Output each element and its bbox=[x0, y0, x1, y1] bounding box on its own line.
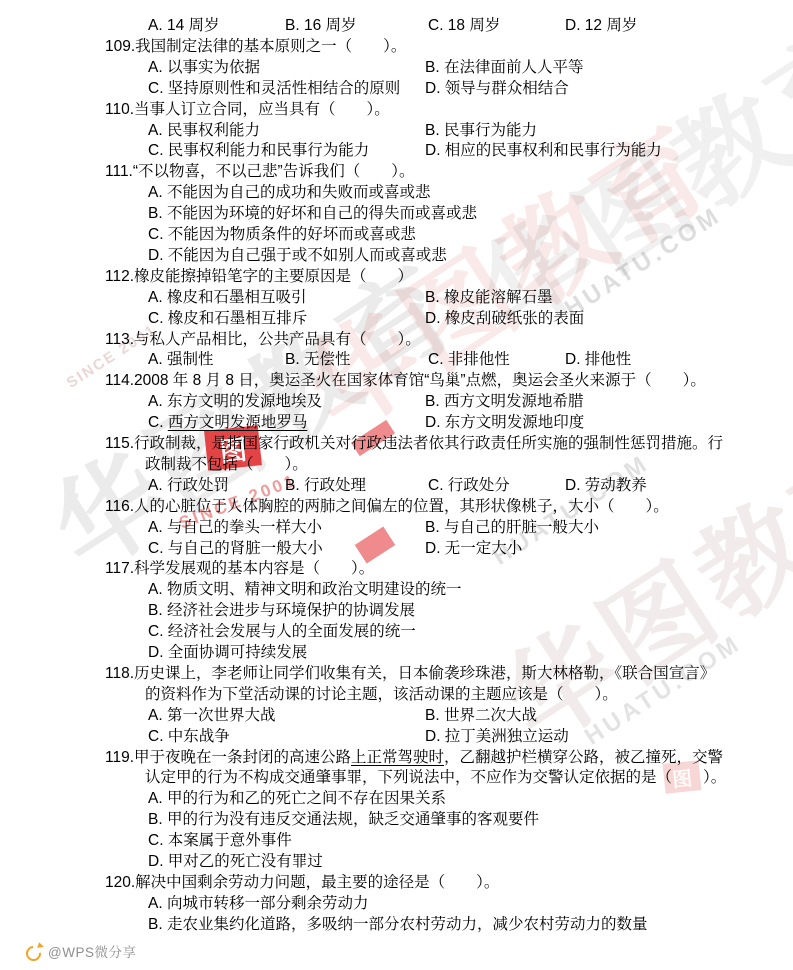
answer-option: D. 领导与群众相结合 bbox=[425, 79, 569, 100]
document-row: A. 以事实为依据B. 在法律面前人人平等 bbox=[105, 58, 793, 79]
exam-document-page: 华图教育 华图教育 华图教育 华图教育 HUATU.COM HUATU.COM … bbox=[0, 0, 793, 970]
answer-option: C. 18 周岁 bbox=[428, 16, 500, 37]
question-line: 116.人的心脏位于人体胸腔的两肺之间偏左的位置，其形状像桃子，大小（ ）。 bbox=[105, 497, 669, 518]
text-segment: 111.“不以物喜，不以己悲”告诉我们（ ）。 bbox=[105, 163, 414, 180]
answer-option: C. 坚持原则性和灵活性相结合的原则 bbox=[148, 79, 400, 100]
text-segment: C. 行政处分 bbox=[428, 477, 510, 494]
answer-option: C. 非排他性 bbox=[428, 350, 510, 371]
answer-option: C. 民事权利能力和民事行为能力 bbox=[148, 141, 369, 162]
text-segment: D. 东方文明发源地印度 bbox=[425, 414, 584, 431]
text-segment: B. 橡皮能溶解石墨 bbox=[425, 289, 552, 306]
answer-option: B. 世界二次大战 bbox=[425, 706, 537, 727]
answer-option: A. 以事实为依据 bbox=[148, 58, 260, 79]
text-segment: A. 强制性 bbox=[148, 351, 213, 368]
text-segment: B. 经济社会进步与环境保护的协调发展 bbox=[148, 602, 415, 619]
document-row: B. 经济社会进步与环境保护的协调发展 bbox=[105, 601, 793, 622]
document-row: 119.甲于夜晚在一条封闭的高速公路上正常驾驶时，乙翻越护栏横穿公路，被乙撞死，… bbox=[105, 748, 793, 769]
document-row: A. 不能因为自己的成功和失败而或喜或悲 bbox=[105, 183, 793, 204]
text-segment: B. 民事行为能力 bbox=[425, 122, 537, 139]
text-segment: 118.历史课上，李老师让同学们收集有关，日本偷袭珍珠港，斯大林格勒，《联合国宣… bbox=[105, 665, 715, 682]
answer-option: B. 16 周岁 bbox=[285, 16, 357, 37]
document-row: 117.科学发展观的基本内容是（ ）。 bbox=[105, 559, 793, 580]
document-row: C. 本案属于意外事件 bbox=[105, 831, 793, 852]
text-segment: 120.解决中国剩余劳动力问题，最主要的途径是（ ）。 bbox=[105, 874, 499, 891]
text-segment: B. 世界二次大战 bbox=[425, 707, 537, 724]
text-segment: D. 拉丁美洲独立运动 bbox=[425, 728, 569, 745]
text-segment: C. 中东战争 bbox=[148, 728, 230, 745]
answer-option: D. 全面协调可持续发展 bbox=[148, 643, 307, 664]
question-line-continued: 的资料作为下堂活动课的讨论主题，该活动课的主题应该是（ ）。 bbox=[145, 685, 618, 706]
question-line-continued: 政制裁不包括（ ）。 bbox=[145, 455, 308, 476]
document-row: C. 橡皮和石墨相互排斥D. 橡皮刮破纸张的表面 bbox=[105, 309, 793, 330]
text-segment: C. 与自己的肾脏一般大小 bbox=[148, 540, 323, 557]
text-segment: B. 16 周岁 bbox=[285, 17, 357, 34]
text-segment: 116.人的心脏位于人体胸腔的两肺之间偏左的位置，其形状像桃子，大小（ ）。 bbox=[105, 498, 669, 515]
underlined-text-segment: 上正常驾驶时 bbox=[351, 749, 444, 766]
answer-option: A. 橡皮和石墨相互吸引 bbox=[148, 288, 306, 309]
document-row: 的资料作为下堂活动课的讨论主题，该活动课的主题应该是（ ）。 bbox=[105, 685, 793, 706]
text-segment: B. 西方文明发源地希腊 bbox=[425, 393, 583, 410]
document-row: 112.橡皮能擦掉铅笔字的主要原因是（ ） bbox=[105, 267, 793, 288]
question-line: 119.甲于夜晚在一条封闭的高速公路上正常驾驶时，乙翻越护栏横穿公路，被乙撞死，… bbox=[105, 748, 723, 769]
answer-option: B. 行政处理 bbox=[285, 476, 366, 497]
text-segment: A. 以事实为依据 bbox=[148, 59, 260, 76]
text-segment: C. 经济社会发展与人的全面发展的统一 bbox=[148, 623, 416, 640]
text-segment: A. 第一次世界大战 bbox=[148, 707, 275, 724]
document-row: D. 全面协调可持续发展 bbox=[105, 643, 793, 664]
text-segment: B. 与自己的肝脏一般大小 bbox=[425, 519, 599, 536]
answer-option: A. 强制性 bbox=[148, 350, 213, 371]
question-text-block: A. 14 周岁B. 16 周岁C. 18 周岁D. 12 周岁109.我国制定… bbox=[105, 0, 793, 970]
text-segment: D. 橡皮刮破纸张的表面 bbox=[425, 310, 584, 327]
text-segment: D. 领导与群众相结合 bbox=[425, 80, 569, 97]
wps-share-label: @WPS微分享 bbox=[48, 941, 136, 961]
answer-option: A. 行政处罚 bbox=[148, 476, 229, 497]
text-segment: A. 东方文明的发源地埃及 bbox=[148, 393, 322, 410]
answer-option: C. 行政处分 bbox=[428, 476, 510, 497]
text-segment: D. 相应的民事权利和民事行为能力 bbox=[425, 142, 662, 159]
text-segment: C. bbox=[148, 414, 168, 431]
answer-option: B. 民事行为能力 bbox=[425, 121, 537, 142]
question-line: 114.2008 年 8 月 8 日，奥运圣火在国家体育馆“鸟巢”点燃，奥运会圣… bbox=[105, 371, 706, 392]
text-segment: C. 本案属于意外事件 bbox=[148, 832, 292, 849]
text-segment: 114.2008 年 8 月 8 日，奥运圣火在国家体育馆“鸟巢”点燃，奥运会圣… bbox=[105, 372, 706, 389]
answer-option: C. 本案属于意外事件 bbox=[148, 831, 292, 852]
document-row: A. 行政处罚B. 行政处理C. 行政处分D. 劳动教养 bbox=[105, 476, 793, 497]
text-segment: 115.行政制裁，是指国家行政机关对行政违法者依其行政责任所实施的强制性惩罚措施… bbox=[105, 435, 723, 452]
answer-option: D. 甲对乙的死亡没有罪过 bbox=[148, 852, 323, 873]
document-row: D. 甲对乙的死亡没有罪过 bbox=[105, 852, 793, 873]
answer-option: B. 走农业集约化道路，多吸纳一部分农村劳动力，减少农村劳动力的数量 bbox=[148, 915, 647, 936]
answer-option: A. 与自己的拳头一样大小 bbox=[148, 518, 322, 539]
answer-option: D. 相应的民事权利和民事行为能力 bbox=[425, 141, 662, 162]
text-segment: A. 物质文明、精神文明和政治文明建设的统一 bbox=[148, 581, 461, 598]
document-row: A. 向城市转移一部分剩余劳动力 bbox=[105, 894, 793, 915]
document-row: A. 强制性B. 无偿性C. 非排他性D. 排他性 bbox=[105, 350, 793, 371]
text-segment: 119.甲于夜晚在一条封闭的高速公路 bbox=[105, 749, 351, 766]
text-segment: B. 不能因为环境的好坏和自己的得失而或喜或悲 bbox=[148, 205, 477, 222]
text-segment: D. 无一定大小 bbox=[425, 540, 522, 557]
document-row: 110.当事人订立合同，应当具有（ ）。 bbox=[105, 100, 793, 121]
text-segment: B. 走农业集约化道路，多吸纳一部分农村劳动力，减少农村劳动力的数量 bbox=[148, 916, 647, 933]
text-segment: 政制裁不包括（ ）。 bbox=[145, 456, 308, 473]
document-row: A. 东方文明的发源地埃及B. 西方文明发源地希腊 bbox=[105, 392, 793, 413]
text-segment: 112.橡皮能擦掉铅笔字的主要原因是（ ） bbox=[105, 268, 413, 285]
document-row: A. 橡皮和石墨相互吸引B. 橡皮能溶解石墨 bbox=[105, 288, 793, 309]
text-segment: A. 向城市转移一部分剩余劳动力 bbox=[148, 895, 368, 912]
document-row: 118.历史课上，李老师让同学们收集有关，日本偷袭珍珠港，斯大林格勒，《联合国宣… bbox=[105, 664, 793, 685]
question-line: 110.当事人订立合同，应当具有（ ）。 bbox=[105, 100, 390, 121]
answer-option: A. 东方文明的发源地埃及 bbox=[148, 392, 322, 413]
answer-option: B. 无偿性 bbox=[285, 350, 350, 371]
answer-option: A. 物质文明、精神文明和政治文明建设的统一 bbox=[148, 580, 461, 601]
text-segment: D. 不能因为自己强于或不如别人而或喜或悲 bbox=[148, 247, 447, 264]
text-segment: A. 14 周岁 bbox=[148, 17, 220, 34]
wps-logo-icon bbox=[26, 943, 43, 960]
document-row: B. 甲的行为没有违反交通法规，缺乏交通肇事的客观要件 bbox=[105, 810, 793, 831]
document-row: D. 不能因为自己强于或不如别人而或喜或悲 bbox=[105, 246, 793, 267]
question-line: 115.行政制裁，是指国家行政机关对行政违法者依其行政责任所实施的强制性惩罚措施… bbox=[105, 434, 723, 455]
answer-option: D. 拉丁美洲独立运动 bbox=[425, 727, 569, 748]
answer-option: C. 橡皮和石墨相互排斥 bbox=[148, 309, 307, 330]
question-line: 111.“不以物喜，不以己悲”告诉我们（ ）。 bbox=[105, 162, 414, 183]
document-row: A. 民事权利能力B. 民事行为能力 bbox=[105, 121, 793, 142]
text-segment: C. 18 周岁 bbox=[428, 17, 500, 34]
text-segment: D. 劳动教养 bbox=[565, 477, 647, 494]
text-segment: B. 无偿性 bbox=[285, 351, 350, 368]
answer-option: D. 劳动教养 bbox=[565, 476, 647, 497]
text-segment: 的资料作为下堂活动课的讨论主题，该活动课的主题应该是（ ）。 bbox=[145, 686, 618, 703]
question-line: 113.与私人产品相比，公共产品具有（ ）。 bbox=[105, 330, 421, 351]
text-segment: A. 橡皮和石墨相互吸引 bbox=[148, 289, 306, 306]
text-segment: 110.当事人订立合同，应当具有（ ）。 bbox=[105, 101, 390, 118]
text-segment: D. 甲对乙的死亡没有罪过 bbox=[148, 853, 323, 870]
text-segment: C. 不能因为物质条件的好坏而或喜或悲 bbox=[148, 226, 416, 243]
wps-share-badge[interactable]: @WPS微分享 bbox=[26, 941, 136, 961]
question-line: 120.解决中国剩余劳动力问题，最主要的途径是（ ）。 bbox=[105, 873, 499, 894]
text-segment: C. 坚持原则性和灵活性相结合的原则 bbox=[148, 80, 400, 97]
answer-option: D. 排他性 bbox=[565, 350, 631, 371]
answer-option: C. 与自己的肾脏一般大小 bbox=[148, 539, 323, 560]
question-line: 118.历史课上，李老师让同学们收集有关，日本偷袭珍珠港，斯大林格勒，《联合国宣… bbox=[105, 664, 715, 685]
question-line: 109.我国制定法律的基本原则之一（ ）。 bbox=[105, 37, 406, 58]
text-segment: D. 全面协调可持续发展 bbox=[148, 644, 307, 661]
text-segment: B. 在法律面前人人平等 bbox=[425, 59, 583, 76]
answer-option: B. 橡皮能溶解石墨 bbox=[425, 288, 552, 309]
document-row: 政制裁不包括（ ）。 bbox=[105, 455, 793, 476]
text-segment: A. 甲的行为和乙的死亡之间不存在因果关系 bbox=[148, 790, 446, 807]
text-segment: 117.科学发展观的基本内容是（ ）。 bbox=[105, 560, 374, 577]
document-row: 认定甲的行为不构成交通肇事罪，下列说法中，不应作为交警认定依据的是（ ）。 bbox=[105, 768, 793, 789]
document-row: 120.解决中国剩余劳动力问题，最主要的途径是（ ）。 bbox=[105, 873, 793, 894]
answer-option: B. 与自己的肝脏一般大小 bbox=[425, 518, 599, 539]
document-row: A. 14 周岁B. 16 周岁C. 18 周岁D. 12 周岁 bbox=[105, 16, 793, 37]
answer-option: A. 甲的行为和乙的死亡之间不存在因果关系 bbox=[148, 789, 446, 810]
text-segment: D. 排他性 bbox=[565, 351, 631, 368]
text-segment: C. 非排他性 bbox=[428, 351, 510, 368]
answer-option: A. 民事权利能力 bbox=[148, 121, 260, 142]
document-row: C. 坚持原则性和灵活性相结合的原则D. 领导与群众相结合 bbox=[105, 79, 793, 100]
answer-option: C. 不能因为物质条件的好坏而或喜或悲 bbox=[148, 225, 416, 246]
text-segment: B. 行政处理 bbox=[285, 477, 366, 494]
answer-option: D. 不能因为自己强于或不如别人而或喜或悲 bbox=[148, 246, 447, 267]
answer-option: A. 14 周岁 bbox=[148, 16, 220, 37]
document-row: C. 西方文明发源地罗马D. 东方文明发源地印度 bbox=[105, 413, 793, 434]
document-row: C. 中东战争D. 拉丁美洲独立运动 bbox=[105, 727, 793, 748]
text-segment: A. 不能因为自己的成功和失败而或喜或悲 bbox=[148, 184, 430, 201]
document-row: B. 不能因为环境的好坏和自己的得失而或喜或悲 bbox=[105, 204, 793, 225]
text-segment: A. 民事权利能力 bbox=[148, 122, 260, 139]
text-segment: 认定甲的行为不构成交通肇事罪，下列说法中，不应作为交警认定依据的是（ ）。 bbox=[145, 769, 726, 786]
text-segment: A. 行政处罚 bbox=[148, 477, 229, 494]
document-row: B. 走农业集约化道路，多吸纳一部分农村劳动力，减少农村劳动力的数量 bbox=[105, 915, 793, 936]
answer-option: C. 经济社会发展与人的全面发展的统一 bbox=[148, 622, 416, 643]
document-row: C. 民事权利能力和民事行为能力D. 相应的民事权利和民事行为能力 bbox=[105, 141, 793, 162]
answer-option: A. 向城市转移一部分剩余劳动力 bbox=[148, 894, 368, 915]
answer-option: A. 第一次世界大战 bbox=[148, 706, 275, 727]
document-row: 113.与私人产品相比，公共产品具有（ ）。 bbox=[105, 330, 793, 351]
question-line: 112.橡皮能擦掉铅笔字的主要原因是（ ） bbox=[105, 267, 413, 288]
text-segment: A. 与自己的拳头一样大小 bbox=[148, 519, 322, 536]
answer-option: A. 不能因为自己的成功和失败而或喜或悲 bbox=[148, 183, 430, 204]
answer-option: D. 无一定大小 bbox=[425, 539, 522, 560]
document-row: 115.行政制裁，是指国家行政机关对行政违法者依其行政责任所实施的强制性惩罚措施… bbox=[105, 434, 793, 455]
document-row: C. 不能因为物质条件的好坏而或喜或悲 bbox=[105, 225, 793, 246]
document-row: C. 经济社会发展与人的全面发展的统一 bbox=[105, 622, 793, 643]
answer-option: B. 经济社会进步与环境保护的协调发展 bbox=[148, 601, 415, 622]
document-row: A. 甲的行为和乙的死亡之间不存在因果关系 bbox=[105, 789, 793, 810]
answer-option: D. 12 周岁 bbox=[565, 16, 637, 37]
answer-option: C. 西方文明发源地罗马 bbox=[148, 413, 307, 434]
answer-option: D. 橡皮刮破纸张的表面 bbox=[425, 309, 584, 330]
document-row: 111.“不以物喜，不以己悲”告诉我们（ ）。 bbox=[105, 162, 793, 183]
document-row: C. 与自己的肾脏一般大小D. 无一定大小 bbox=[105, 539, 793, 560]
answer-option: B. 甲的行为没有违反交通法规，缺乏交通肇事的客观要件 bbox=[148, 810, 539, 831]
answer-option: D. 东方文明发源地印度 bbox=[425, 413, 584, 434]
answer-option: C. 中东战争 bbox=[148, 727, 230, 748]
document-row: 114.2008 年 8 月 8 日，奥运圣火在国家体育馆“鸟巢”点燃，奥运会圣… bbox=[105, 371, 793, 392]
underlined-text-segment: 西方文明发源地罗马 bbox=[168, 414, 308, 431]
answer-option: B. 不能因为环境的好坏和自己的得失而或喜或悲 bbox=[148, 204, 477, 225]
document-row: A. 物质文明、精神文明和政治文明建设的统一 bbox=[105, 580, 793, 601]
question-line: 117.科学发展观的基本内容是（ ）。 bbox=[105, 559, 374, 580]
document-row: A. 第一次世界大战B. 世界二次大战 bbox=[105, 706, 793, 727]
answer-option: B. 在法律面前人人平等 bbox=[425, 58, 583, 79]
text-segment: D. 12 周岁 bbox=[565, 17, 637, 34]
document-row: A. 与自己的拳头一样大小B. 与自己的肝脏一般大小 bbox=[105, 518, 793, 539]
text-segment: ，乙翻越护栏横穿公路，被乙撞死，交警 bbox=[444, 749, 723, 766]
document-row: 109.我国制定法律的基本原则之一（ ）。 bbox=[105, 37, 793, 58]
document-row: 116.人的心脏位于人体胸腔的两肺之间偏左的位置，其形状像桃子，大小（ ）。 bbox=[105, 497, 793, 518]
text-segment: C. 民事权利能力和民事行为能力 bbox=[148, 142, 369, 159]
text-segment: B. 甲的行为没有违反交通法规，缺乏交通肇事的客观要件 bbox=[148, 811, 539, 828]
text-segment: C. 橡皮和石墨相互排斥 bbox=[148, 310, 307, 327]
text-segment: 113.与私人产品相比，公共产品具有（ ）。 bbox=[105, 331, 421, 348]
question-line-continued: 认定甲的行为不构成交通肇事罪，下列说法中，不应作为交警认定依据的是（ ）。 bbox=[145, 768, 726, 789]
text-segment: 109.我国制定法律的基本原则之一（ ）。 bbox=[105, 38, 406, 55]
answer-option: B. 西方文明发源地希腊 bbox=[425, 392, 583, 413]
